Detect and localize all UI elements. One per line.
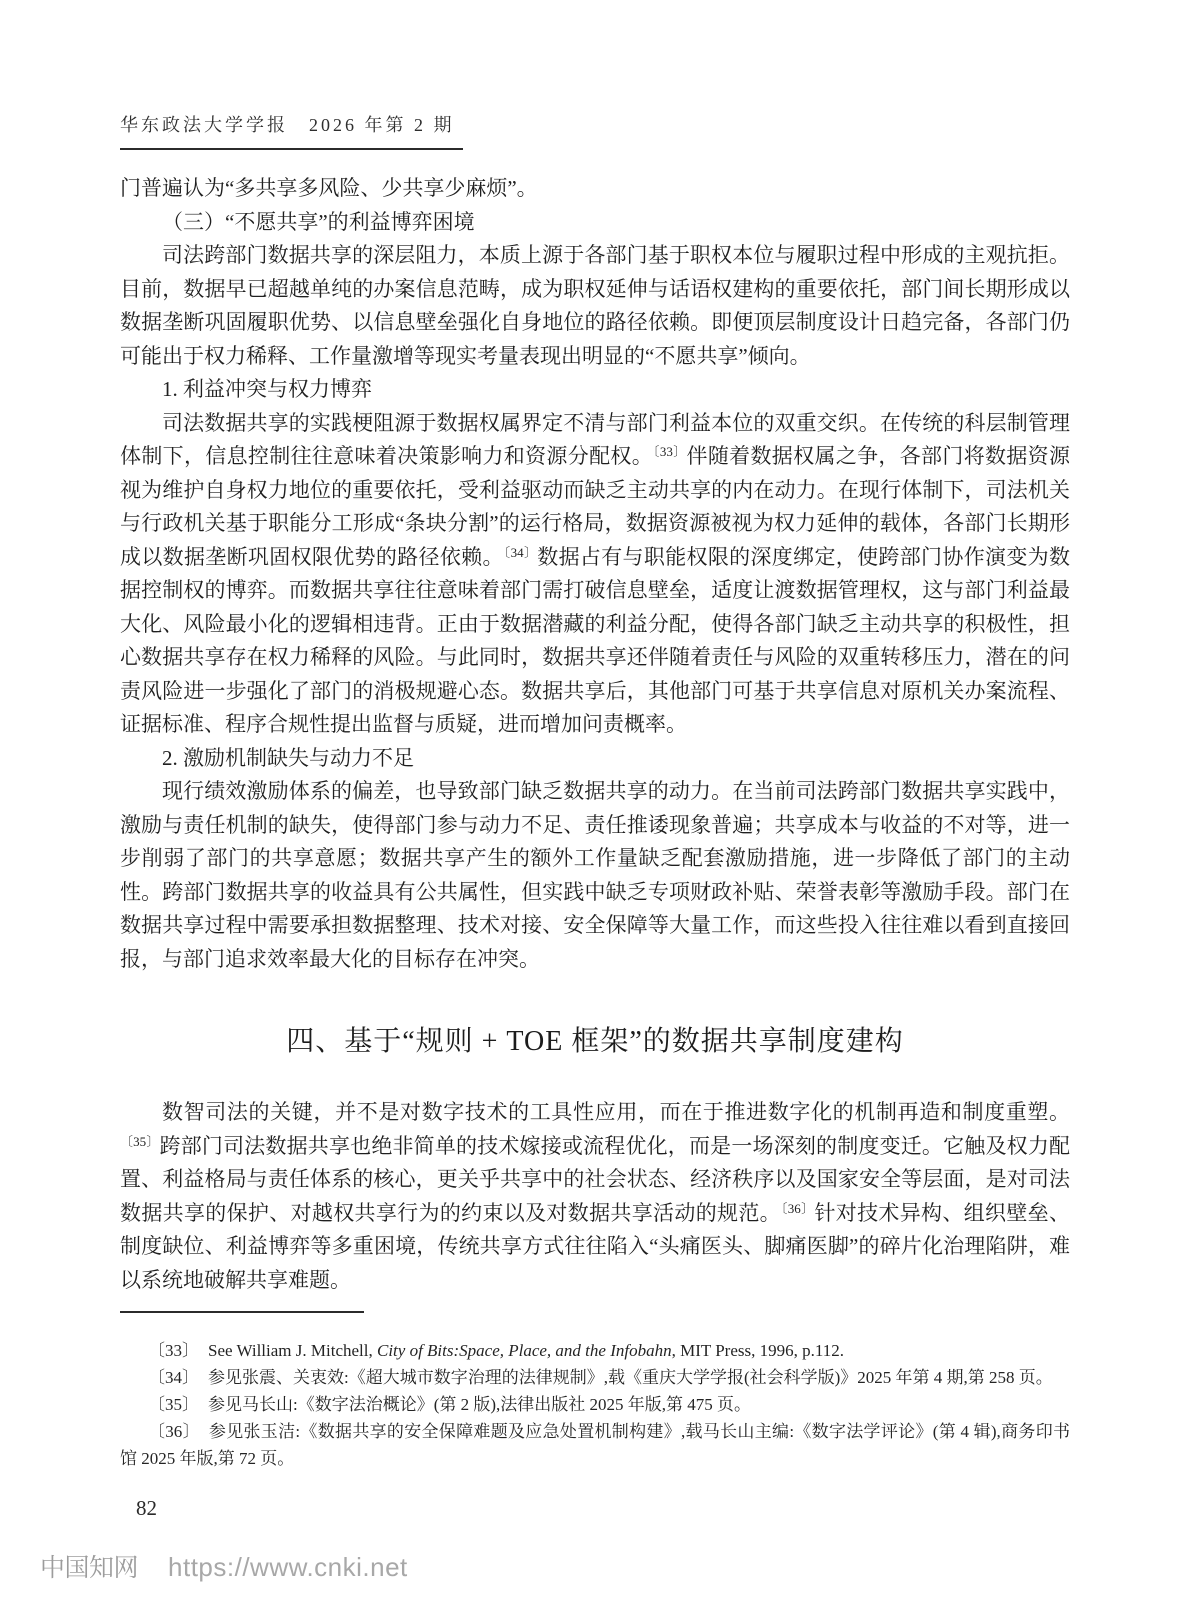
article-body: 门普遍认为“多共享多风险、少共享少麻烦”。（三）“不愿共享”的利益博弈困境司法跨… <box>120 172 1070 1472</box>
cnki-watermark: 中国知网https://www.cnki.net <box>40 1548 408 1584</box>
footnote: 〔33〕See William J. Mitchell, City of Bit… <box>120 1337 1070 1364</box>
section-heading: 四、基于“规则 + TOE 框架”的数据共享制度建构 <box>120 1022 1070 1062</box>
text-run: 数智司法的关键，并不是对数字技术的工具性应用，而在于推进数字化的机制再造和制度重… <box>162 1100 1070 1124</box>
text-run: 1. 利益冲突与权力博弈 <box>162 377 372 401</box>
paragraph: 司法跨部门数据共享的深层阻力，本质上源于各部门基于职权本位与履职过程中形成的主观… <box>120 239 1070 373</box>
page-number: 82 <box>136 1496 157 1521</box>
paragraph: 司法数据共享的实践梗阻源于数据权属界定不清与部门利益本位的双重交织。在传统的科层… <box>120 407 1070 742</box>
subsection-heading: 2. 激励机制缺失与动力不足 <box>120 742 1070 776</box>
cnki-site-name: 中国知网 <box>40 1554 138 1582</box>
footnote: 〔35〕参见马长山:《数字法治概论》(第 2 版),法律出版社 2025 年版,… <box>120 1391 1070 1418</box>
text-run: 现行绩效激励体系的偏差，也导致部门缺乏数据共享的动力。在当前司法跨部门数据共享实… <box>120 779 1070 971</box>
cnki-url: https://www.cnki.net <box>168 1552 408 1582</box>
footnote-ref: 〔36〕 <box>781 1201 814 1216</box>
footnote-ref: 〔33〕 <box>653 444 686 459</box>
footnote-marker: 〔35〕 <box>148 1395 199 1414</box>
text-run: 参见马长山:《数字法治概论》(第 2 版),法律出版社 2025 年版,第 47… <box>208 1395 751 1414</box>
paragraph: 数智司法的关键，并不是对数字技术的工具性应用，而在于推进数字化的机制再造和制度重… <box>120 1096 1070 1297</box>
footnote: 〔36〕参见张玉洁:《数据共享的安全保障难题及应急处置机制构建》,载马长山主编:… <box>120 1418 1070 1472</box>
footnote-marker: 〔33〕 <box>148 1341 199 1360</box>
paragraph: 门普遍认为“多共享多风险、少共享少麻烦”。 <box>120 172 1070 206</box>
text-run: See William J. Mitchell, <box>208 1341 377 1360</box>
subsection-heading: 1. 利益冲突与权力博弈 <box>120 373 1070 407</box>
footnotes: 〔33〕See William J. Mitchell, City of Bit… <box>120 1337 1070 1472</box>
footnote: 〔34〕参见张震、关衷效:《超大城市数字治理的法律规制》,载《重庆大学学报(社会… <box>120 1364 1070 1391</box>
footnote-marker: 〔36〕 <box>148 1422 200 1441</box>
text-run: 参见张震、关衷效:《超大城市数字治理的法律规制》,载《重庆大学学报(社会科学版)… <box>208 1368 1053 1387</box>
text-run: （三）“不愿共享”的利益博弈困境 <box>162 210 475 234</box>
footnote-ref: 〔35〕 <box>120 1134 160 1149</box>
subsection-heading: （三）“不愿共享”的利益博弈困境 <box>120 206 1070 240</box>
journal-header: 华东政法大学学报 2026 年第 2 期 <box>120 111 463 150</box>
text-run: 数据占有与职能权限的深度绑定，使跨部门协作演变为数据控制权的博弈。而数据共享往往… <box>120 545 1070 737</box>
text-run: 门普遍认为“多共享多风险、少共享少麻烦”。 <box>120 176 538 200</box>
journal-header-text: 华东政法大学学报 2026 年第 2 期 <box>120 115 455 135</box>
page: 华东政法大学学报 2026 年第 2 期 门普遍认为“多共享多风险、少共享少麻烦… <box>0 0 1190 1614</box>
text-run: 2. 激励机制缺失与动力不足 <box>162 746 414 770</box>
text-run: 司法跨部门数据共享的深层阻力，本质上源于各部门基于职权本位与履职过程中形成的主观… <box>120 243 1070 368</box>
book-title-italic: City of Bits:Space, Place, and the Infob… <box>377 1341 672 1360</box>
footnote-divider <box>120 1311 364 1313</box>
paragraph: 现行绩效激励体系的偏差，也导致部门缺乏数据共享的动力。在当前司法跨部门数据共享实… <box>120 775 1070 976</box>
footnote-ref: 〔34〕 <box>504 545 537 560</box>
text-run: , MIT Press, 1996, p.112. <box>672 1341 844 1360</box>
text-run: 参见张玉洁:《数据共享的安全保障难题及应急处置机制构建》,载马长山主编:《数字法… <box>120 1422 1070 1468</box>
footnote-marker: 〔34〕 <box>148 1368 199 1387</box>
